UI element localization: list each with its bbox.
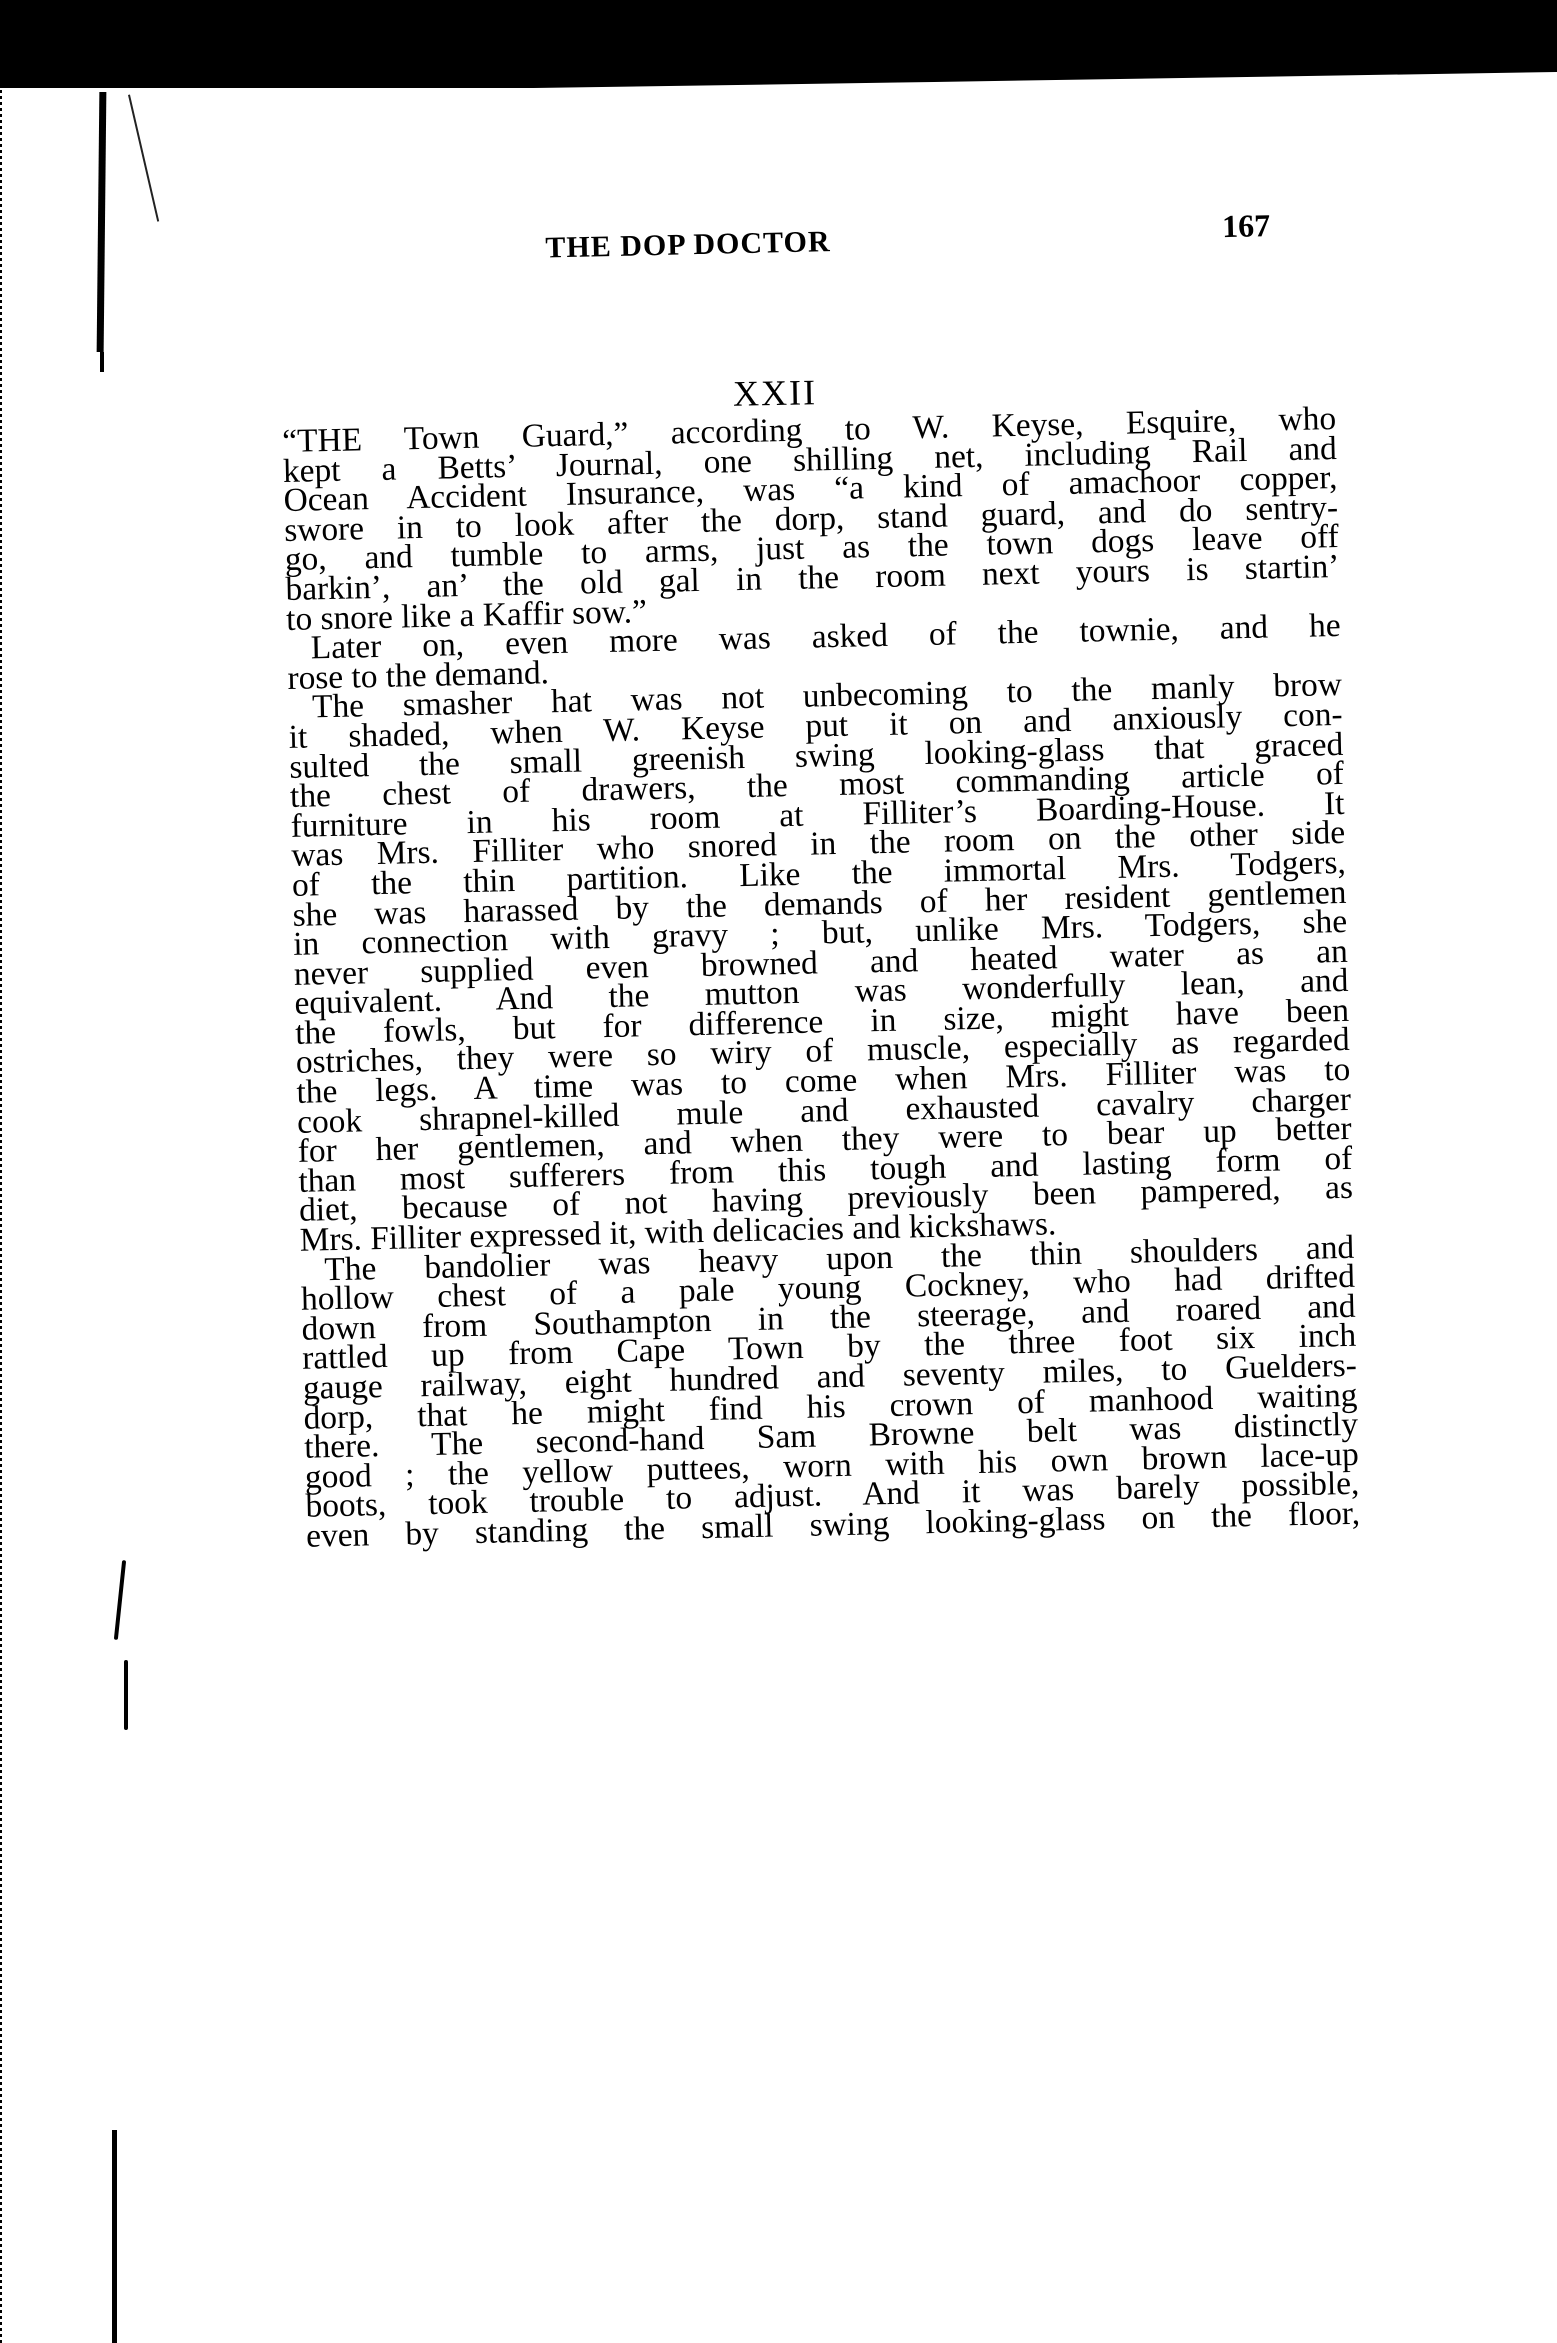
chapter-heading: XXII <box>733 371 818 414</box>
paragraph-4: The bandolier was heavy upon the thin sh… <box>300 1232 1360 1551</box>
body-text: “THE Town Guard,” according to W. Keyse,… <box>282 404 1360 1551</box>
binding-gutter-line <box>97 92 107 352</box>
scan-artifact-mark <box>114 1560 126 1640</box>
paragraph-3: The smasher hat was not unbecoming to th… <box>288 670 1354 1255</box>
binding-gutter-line <box>100 352 104 372</box>
binding-gutter-line <box>112 2130 117 2343</box>
scan-artifact-mark <box>124 1660 128 1730</box>
running-title: THE DOP DOCTOR <box>545 225 831 265</box>
page-fold-mark <box>128 95 159 222</box>
running-header: THE DOP DOCTOR 167 <box>260 208 1321 282</box>
scan-left-edge <box>0 90 2 2343</box>
scan-top-border <box>0 0 1557 88</box>
paragraph-1: “THE Town Guard,” according to W. Keyse,… <box>282 404 1340 634</box>
page-number: 167 <box>1222 207 1271 245</box>
